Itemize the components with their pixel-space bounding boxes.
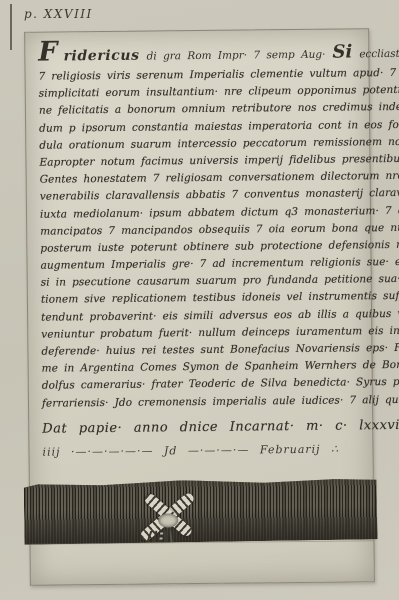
opening-line: F ridericus di gra Rom Impr· 7 semp Aug·…: [38, 36, 356, 66]
charter-sheet: F ridericus di gra Rom Impr· 7 semp Aug·…: [24, 28, 375, 586]
plate-edge-line: [10, 4, 12, 50]
dateline: Dat papie· anno dnice Incarnat· m· c· lx…: [42, 418, 360, 436]
opening-titles: di gra Rom Impr· 7 semp Aug·: [147, 49, 326, 63]
charter-text-block: F ridericus di gra Rom Impr· 7 semp Aug·…: [38, 36, 360, 458]
manuscript-line: ferrariensis· Jdo cremonensis imperialis…: [42, 392, 360, 413]
initial-letter-f: F: [38, 39, 56, 65]
seal-cord-tails: [148, 530, 189, 577]
opening-rest: eccliasticas psonis: [359, 47, 399, 60]
si-initial: Si: [332, 41, 352, 62]
manuscript-lines: 7 religiosis viris serenum Imperialis cl…: [38, 65, 360, 412]
plica-seal-band: [24, 477, 378, 545]
seal-cord-tail: [165, 531, 168, 567]
seal-cord-tail: [169, 530, 173, 558]
subdateline: iiij ·—·—·—·—·— Jd —·—·—·— Februarij ∴: [42, 442, 360, 458]
opening-name: ridericus: [63, 48, 139, 65]
plate-page: { "page": { "label": "p. XXVIII", "backg…: [0, 0, 399, 600]
seal-cord-tail: [156, 530, 163, 572]
page-label: p. XXVIII: [24, 7, 93, 21]
